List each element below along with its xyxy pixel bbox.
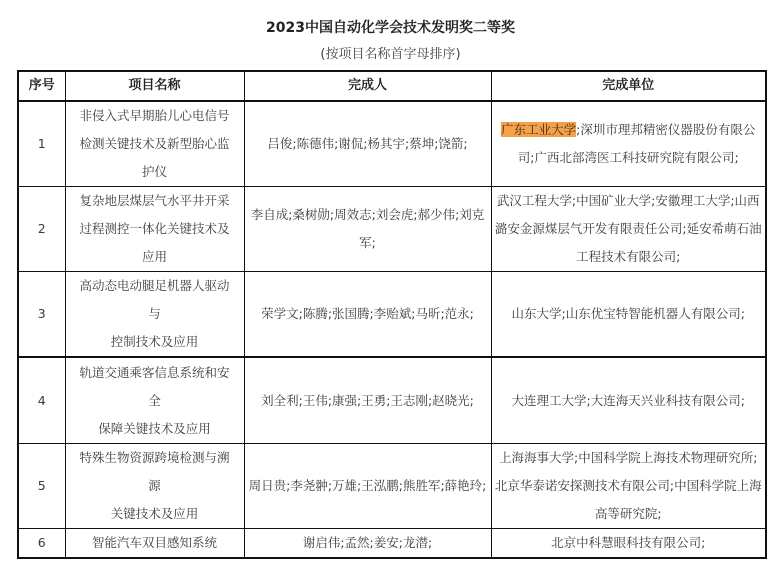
project-name: 复杂地层煤层气水平井开采 过程测控一体化关键技术及 应用 <box>65 187 244 272</box>
table-header-row: 序号 项目名称 完成人 完成单位 <box>18 71 766 101</box>
project-name: 非侵入式早期胎儿心电信号 检测关键技术及新型胎心监 护仪 <box>65 101 244 187</box>
row-number: 5 <box>18 444 65 529</box>
project-name: 高动态电动腿足机器人驱动 与 控制技术及应用 <box>65 272 244 358</box>
organizations: 大连理工大学;大连海天兴业科技有限公司; <box>491 357 766 444</box>
organizations: 广东工业大学;深圳市理邦精密仪器股份有限公司;广西北部湾医工科技研究院有限公司; <box>491 101 766 187</box>
highlighted-organization: 广东工业大学 <box>501 122 576 137</box>
row-number: 3 <box>18 272 65 358</box>
project-name: 轨道交通乘客信息系统和安 全 保障关键技术及应用 <box>65 357 244 444</box>
organizations: 武汉工程大学;中国矿业大学;安徽理工大学;山西潞安金源煤层气开发有限责任公司;延… <box>491 187 766 272</box>
project-name-line: 非侵入式早期胎儿心电信号 <box>68 102 242 130</box>
row-number: 2 <box>18 187 65 272</box>
table-row: 4 轨道交通乘客信息系统和安 全 保障关键技术及应用 刘全利;王伟;康强;王勇;… <box>18 357 766 444</box>
document-title: 2023中国自动化学会技术发明奖二等奖 <box>0 17 781 39</box>
completers: 周日贵;李尧翀;万雄;王泓鹏;熊胜军;薛艳玲; <box>244 444 491 529</box>
project-name-line: 关键技术及应用 <box>68 500 242 528</box>
project-name-line: 应用 <box>68 243 242 271</box>
project-name-line: 轨道交通乘客信息系统和安 <box>68 359 242 387</box>
awards-table: 序号 项目名称 完成人 完成单位 1 非侵入式早期胎儿心电信号 检测关键技术及新… <box>17 70 767 559</box>
completers: 李自成;桑树勋;周效志;刘会虎;郝少伟;刘克军; <box>244 187 491 272</box>
project-name-line: 过程测控一体化关键技术及 <box>68 215 242 243</box>
header-number: 序号 <box>18 71 65 101</box>
header-project-name: 项目名称 <box>65 71 244 101</box>
project-name-line: 智能汽车双目感知系统 <box>68 529 242 557</box>
project-name-line: 高动态电动腿足机器人驱动 <box>68 272 242 300</box>
completers: 谢启伟;孟然;姜安;龙潜; <box>244 529 491 559</box>
table-row: 2 复杂地层煤层气水平井开采 过程测控一体化关键技术及 应用 李自成;桑树勋;周… <box>18 187 766 272</box>
organizations: 山东大学;山东优宝特智能机器人有限公司; <box>491 272 766 358</box>
completers: 吕俊;陈德伟;谢侃;杨其宇;蔡坤;饶箭; <box>244 101 491 187</box>
project-name-line: 与 <box>68 300 242 328</box>
row-number: 6 <box>18 529 65 559</box>
project-name-line: 检测关键技术及新型胎心监 <box>68 130 242 158</box>
document-subtitle: (按项目名称首字母排序) <box>0 45 781 65</box>
project-name-line: 复杂地层煤层气水平井开采 <box>68 187 242 215</box>
row-number: 1 <box>18 101 65 187</box>
completers: 荣学文;陈腾;张国腾;李贻斌;马昕;范永; <box>244 272 491 358</box>
project-name-line: 控制技术及应用 <box>68 328 242 356</box>
project-name-line: 全 <box>68 387 242 415</box>
table-row: 3 高动态电动腿足机器人驱动 与 控制技术及应用 荣学文;陈腾;张国腾;李贻斌;… <box>18 272 766 358</box>
table-row: 6 智能汽车双目感知系统 谢启伟;孟然;姜安;龙潜; 北京中科慧眼科技有限公司; <box>18 529 766 559</box>
row-number: 4 <box>18 357 65 444</box>
project-name-line: 保障关键技术及应用 <box>68 415 242 443</box>
header-organizations: 完成单位 <box>491 71 766 101</box>
table-row: 1 非侵入式早期胎儿心电信号 检测关键技术及新型胎心监 护仪 吕俊;陈德伟;谢侃… <box>18 101 766 187</box>
table-row: 5 特殊生物资源跨境检测与溯 源 关键技术及应用 周日贵;李尧翀;万雄;王泓鹏;… <box>18 444 766 529</box>
project-name-line: 特殊生物资源跨境检测与溯 <box>68 444 242 472</box>
project-name-line: 护仪 <box>68 158 242 186</box>
organizations: 北京中科慧眼科技有限公司; <box>491 529 766 559</box>
project-name: 特殊生物资源跨境检测与溯 源 关键技术及应用 <box>65 444 244 529</box>
organizations: 上海海事大学;中国科学院上海技术物理研究所;北京华泰诺安探测技术有限公司;中国科… <box>491 444 766 529</box>
project-name-line: 源 <box>68 472 242 500</box>
header-completers: 完成人 <box>244 71 491 101</box>
completers: 刘全利;王伟;康强;王勇;王志刚;赵晓光; <box>244 357 491 444</box>
project-name: 智能汽车双目感知系统 <box>65 529 244 559</box>
